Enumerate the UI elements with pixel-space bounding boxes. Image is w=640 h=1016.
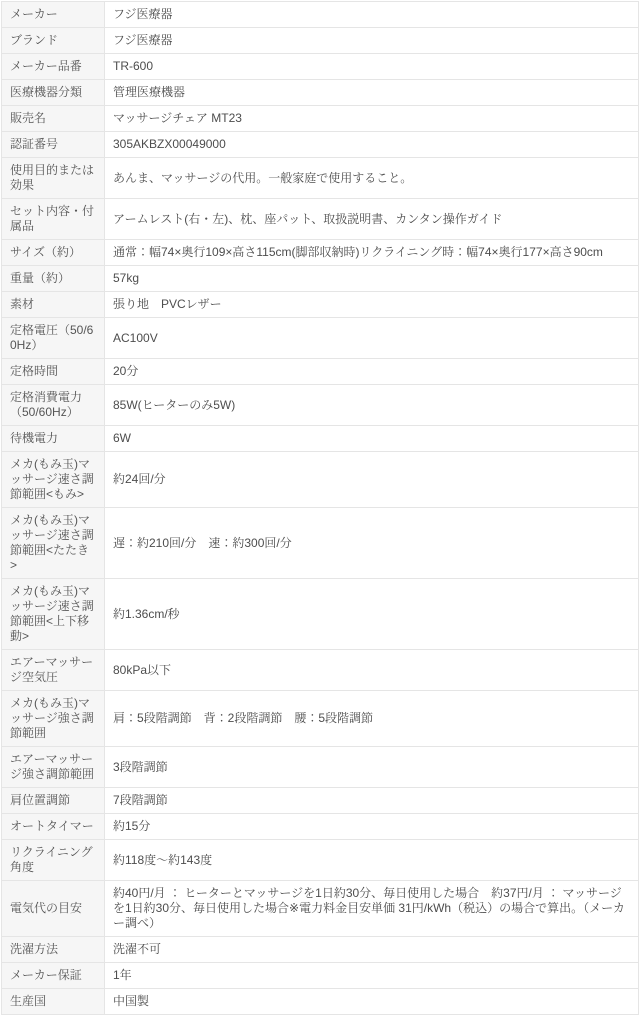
spec-label: メーカー xyxy=(2,2,105,28)
spec-row-brand: ブランド フジ医療器 xyxy=(2,28,639,54)
spec-label: 認証番号 xyxy=(2,132,105,158)
spec-row-rated-power-consumption: 定格消費電力（50/60Hz） 85W(ヒーターのみ5W) xyxy=(2,385,639,426)
spec-row-set-contents: セット内容・付属品 アームレスト(右・左)、枕、座パット、取扱説明書、カンタン操… xyxy=(2,199,639,240)
spec-label: 肩位置調節 xyxy=(2,788,105,814)
spec-row-shoulder-position-adjustment: 肩位置調節 7段階調節 xyxy=(2,788,639,814)
spec-value: フジ医療器 xyxy=(105,2,639,28)
spec-value: 約15分 xyxy=(105,814,639,840)
spec-row-material: 素材 張り地 PVCレザー xyxy=(2,292,639,318)
spec-label: リクライニング角度 xyxy=(2,840,105,881)
spec-value: 85W(ヒーターのみ5W) xyxy=(105,385,639,426)
spec-row-massage-speed-tataki: メカ(もみ玉)マッサージ速さ調節範囲<たたき> 遅：約210回/分 速：約300… xyxy=(2,508,639,579)
spec-value: 7段階調節 xyxy=(105,788,639,814)
spec-value: あんま、マッサージの代用。一般家庭で使用すること。 xyxy=(105,158,639,199)
spec-label: 電気代の目安 xyxy=(2,881,105,937)
spec-row-massage-speed-momi: メカ(もみ玉)マッサージ速さ調節範囲<もみ> 約24回/分 xyxy=(2,452,639,508)
spec-row-intended-use: 使用目的または効果 あんま、マッサージの代用。一般家庭で使用すること。 xyxy=(2,158,639,199)
spec-value: 中国製 xyxy=(105,989,639,1015)
spec-label: エアーマッサージ空気圧 xyxy=(2,650,105,691)
spec-value: TR-600 xyxy=(105,54,639,80)
spec-value: 約1.36cm/秒 xyxy=(105,579,639,650)
product-spec-table: メーカー フジ医療器 ブランド フジ医療器 メーカー品番 TR-600 医療機器… xyxy=(1,1,639,1015)
spec-row-rated-voltage: 定格電圧（50/60Hz） AC100V xyxy=(2,318,639,359)
spec-row-weight: 重量（約） 57kg xyxy=(2,266,639,292)
spec-row-electricity-cost-estimate: 電気代の目安 約40円/月 ： ヒーターとマッサージを1日約30分、毎日使用した… xyxy=(2,881,639,937)
spec-row-country-of-origin: 生産国 中国製 xyxy=(2,989,639,1015)
spec-label: 生産国 xyxy=(2,989,105,1015)
spec-row-maker: メーカー フジ医療器 xyxy=(2,2,639,28)
spec-row-reclining-angle: リクライニング角度 約118度～約143度 xyxy=(2,840,639,881)
spec-row-air-massage-strength-range: エアーマッサージ強さ調節範囲 3段階調節 xyxy=(2,747,639,788)
spec-label: 重量（約） xyxy=(2,266,105,292)
spec-row-rated-time: 定格時間 20分 xyxy=(2,359,639,385)
spec-value: 305AKBZX00049000 xyxy=(105,132,639,158)
spec-label: 医療機器分類 xyxy=(2,80,105,106)
spec-row-certification-number: 認証番号 305AKBZX00049000 xyxy=(2,132,639,158)
spec-value: 20分 xyxy=(105,359,639,385)
spec-label: メーカー保証 xyxy=(2,963,105,989)
spec-label: 定格消費電力（50/60Hz） xyxy=(2,385,105,426)
spec-label: メカ(もみ玉)マッサージ強さ調節範囲 xyxy=(2,691,105,747)
spec-label: 定格時間 xyxy=(2,359,105,385)
spec-row-medical-device-class: 医療機器分類 管理医療機器 xyxy=(2,80,639,106)
spec-label: オートタイマー xyxy=(2,814,105,840)
spec-value: 80kPa以下 xyxy=(105,650,639,691)
spec-value: 洗濯不可 xyxy=(105,937,639,963)
spec-value: 通常：幅74×奥行109×高さ115cm(脚部収納時)リクライニング時：幅74×… xyxy=(105,240,639,266)
spec-value: 1年 xyxy=(105,963,639,989)
spec-row-sales-name: 販売名 マッサージチェア MT23 xyxy=(2,106,639,132)
spec-value: フジ医療器 xyxy=(105,28,639,54)
spec-value: 約118度～約143度 xyxy=(105,840,639,881)
spec-value: 遅：約210回/分 速：約300回/分 xyxy=(105,508,639,579)
spec-row-manufacturer-warranty: メーカー保証 1年 xyxy=(2,963,639,989)
spec-row-size: サイズ（約） 通常：幅74×奥行109×高さ115cm(脚部収納時)リクライニン… xyxy=(2,240,639,266)
spec-value: 3段階調節 xyxy=(105,747,639,788)
spec-label: メカ(もみ玉)マッサージ速さ調節範囲<上下移動> xyxy=(2,579,105,650)
spec-value: アームレスト(右・左)、枕、座パット、取扱説明書、カンタン操作ガイド xyxy=(105,199,639,240)
product-spec-page: メーカー フジ医療器 ブランド フジ医療器 メーカー品番 TR-600 医療機器… xyxy=(0,0,640,1016)
spec-label: 定格電圧（50/60Hz） xyxy=(2,318,105,359)
spec-value: マッサージチェア MT23 xyxy=(105,106,639,132)
spec-row-standby-power: 待機電力 6W xyxy=(2,426,639,452)
spec-value: 6W xyxy=(105,426,639,452)
spec-value: 約24回/分 xyxy=(105,452,639,508)
spec-label: サイズ（約） xyxy=(2,240,105,266)
spec-label: メーカー品番 xyxy=(2,54,105,80)
spec-value: 張り地 PVCレザー xyxy=(105,292,639,318)
spec-value: 管理医療機器 xyxy=(105,80,639,106)
spec-label: メカ(もみ玉)マッサージ速さ調節範囲<たたき> xyxy=(2,508,105,579)
spec-label: セット内容・付属品 xyxy=(2,199,105,240)
spec-value: 肩：5段階調節 背：2段階調節 腰：5段階調節 xyxy=(105,691,639,747)
spec-row-auto-timer: オートタイマー 約15分 xyxy=(2,814,639,840)
spec-row-massage-speed-updown: メカ(もみ玉)マッサージ速さ調節範囲<上下移動> 約1.36cm/秒 xyxy=(2,579,639,650)
spec-label: ブランド xyxy=(2,28,105,54)
spec-label: 待機電力 xyxy=(2,426,105,452)
spec-row-washing-method: 洗濯方法 洗濯不可 xyxy=(2,937,639,963)
spec-row-massage-strength-range: メカ(もみ玉)マッサージ強さ調節範囲 肩：5段階調節 背：2段階調節 腰：5段階… xyxy=(2,691,639,747)
spec-label: 素材 xyxy=(2,292,105,318)
spec-label: 販売名 xyxy=(2,106,105,132)
spec-row-maker-model-number: メーカー品番 TR-600 xyxy=(2,54,639,80)
spec-label: 洗濯方法 xyxy=(2,937,105,963)
spec-value: 57kg xyxy=(105,266,639,292)
spec-value: AC100V xyxy=(105,318,639,359)
spec-table-body: メーカー フジ医療器 ブランド フジ医療器 メーカー品番 TR-600 医療機器… xyxy=(2,2,639,1015)
spec-label: メカ(もみ玉)マッサージ速さ調節範囲<もみ> xyxy=(2,452,105,508)
spec-label: エアーマッサージ強さ調節範囲 xyxy=(2,747,105,788)
spec-row-air-massage-pressure: エアーマッサージ空気圧 80kPa以下 xyxy=(2,650,639,691)
spec-label: 使用目的または効果 xyxy=(2,158,105,199)
spec-value: 約40円/月 ： ヒーターとマッサージを1日約30分、毎日使用した場合 約37円… xyxy=(105,881,639,937)
